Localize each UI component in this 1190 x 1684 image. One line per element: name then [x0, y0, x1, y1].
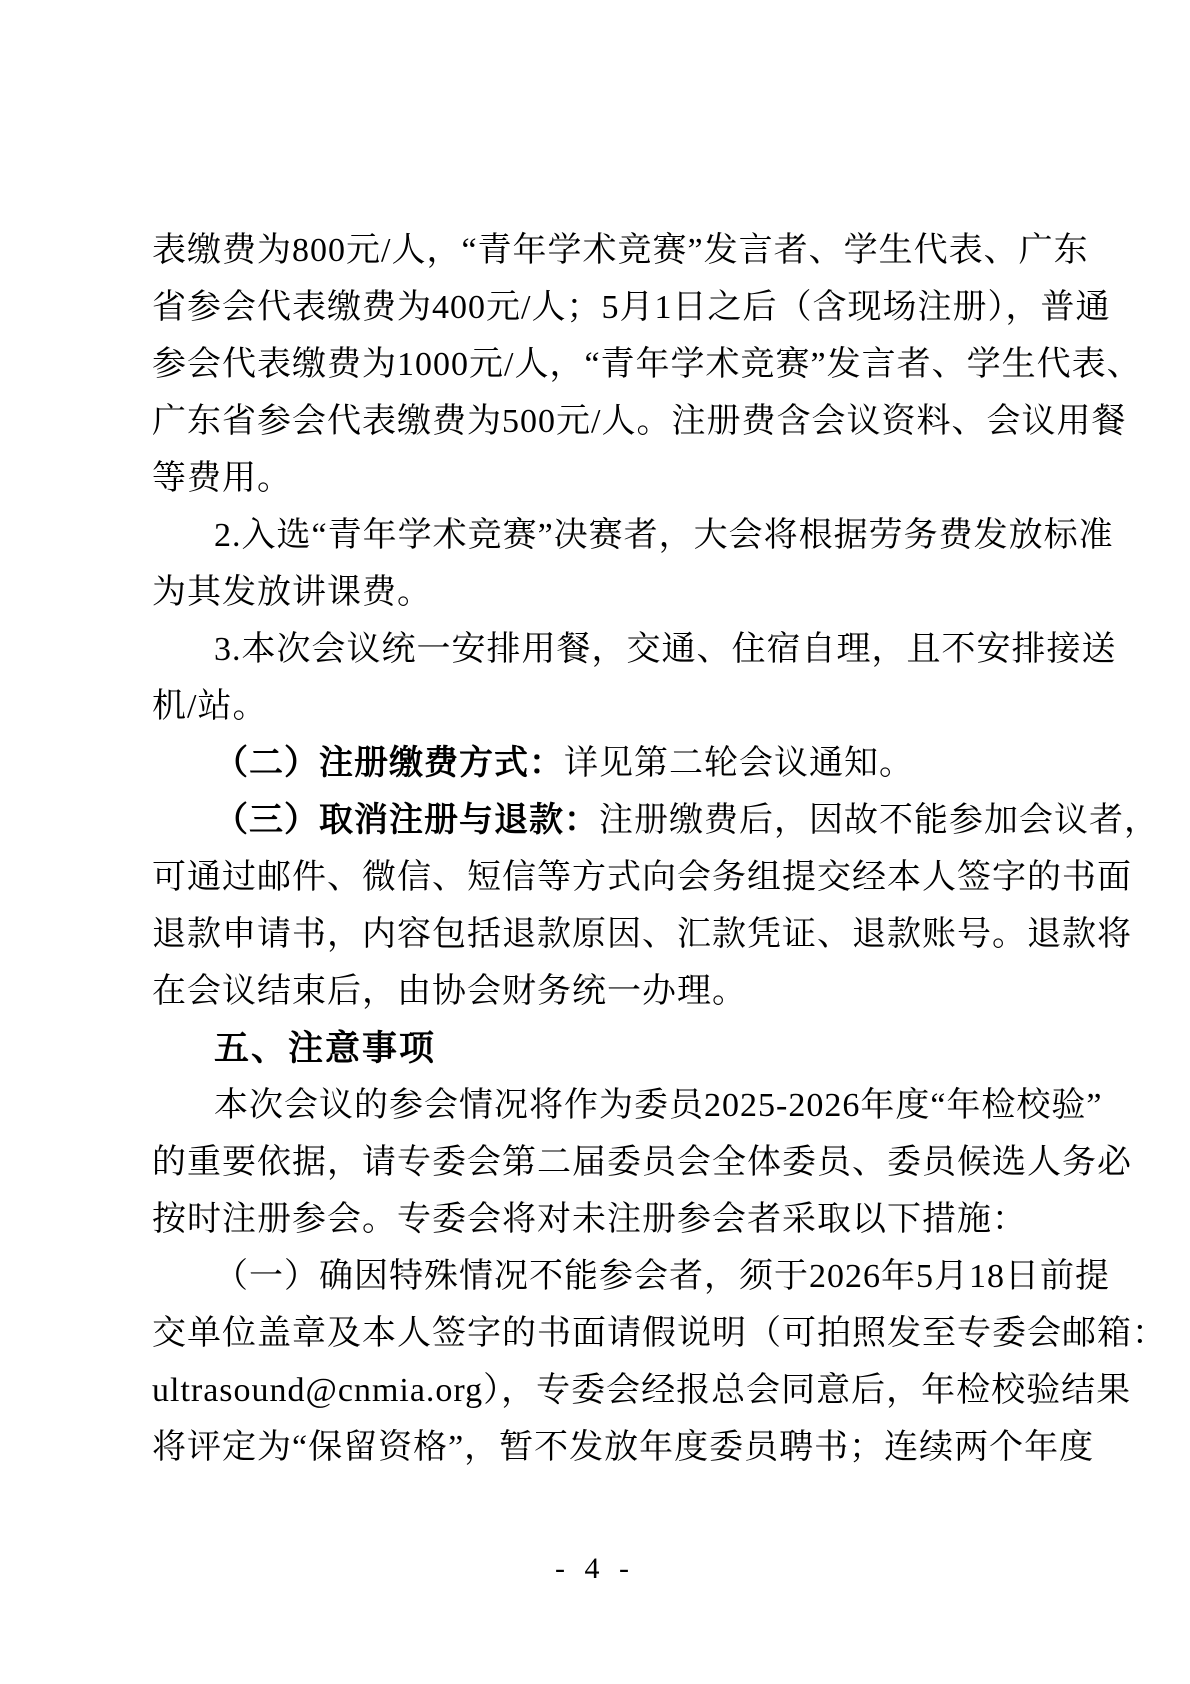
subheading-run: （三）取消注册与退款：: [214, 802, 599, 839]
text-line: 3.本次会议统一安排用餐，交通、住宿自理，且不安排接送: [152, 621, 1044, 678]
text-line: （三）取消注册与退款：注册缴费后，因故不能参加会议者，: [152, 792, 1044, 849]
text-run: 在会议结束后，由协会财务统一办理。: [152, 973, 747, 1010]
text-run: 3.本次会议统一安排用餐，交通、住宿自理，且不安排接送: [214, 631, 1117, 668]
text-line: 省参会代表缴费为400元/人；5月1日之后（含现场注册），普通: [152, 279, 1044, 336]
text-run: 参会代表缴费为1000元/人，“青年学术竞赛”发言者、学生代表、: [152, 346, 1142, 383]
text-run: 广东省参会代表缴费为500元/人。注册费含会议资料、会议用餐: [152, 403, 1126, 440]
text-line: （一）确因特殊情况不能参会者，须于2026年5月18日前提: [152, 1248, 1044, 1305]
text-run: 退款申请书，内容包括退款原因、汇款凭证、退款账号。退款将: [152, 916, 1132, 953]
text-run: 为其发放讲课费。: [152, 574, 432, 611]
text-run: 机/站。: [152, 688, 267, 725]
document-body: 表缴费为800元/人，“青年学术竞赛”发言者、学生代表、广东 省参会代表缴费为4…: [152, 222, 1044, 1476]
text-line: 按时注册参会。专委会将对未注册参会者采取以下措施：: [152, 1191, 1044, 1248]
text-line: 为其发放讲课费。: [152, 564, 1044, 621]
subheading-run: （二）注册缴费方式：: [214, 745, 564, 782]
text-run: 本次会议的参会情况将作为委员2025-2026年度“年检校验”: [214, 1087, 1103, 1124]
text-line: 等费用。: [152, 450, 1044, 507]
text-line: 2.入选“青年学术竞赛”决赛者，大会将根据劳务费发放标准: [152, 507, 1044, 564]
text-line: 参会代表缴费为1000元/人，“青年学术竞赛”发言者、学生代表、: [152, 336, 1044, 393]
text-run: （一）确因特殊情况不能参会者，须于2026年5月18日前提: [214, 1258, 1110, 1295]
text-line: 机/站。: [152, 678, 1044, 735]
text-run: 交单位盖章及本人签字的书面请假说明（可拍照发至专委会邮箱：: [152, 1315, 1167, 1352]
text-run: 2.入选“青年学术竞赛”决赛者，大会将根据劳务费发放标准: [214, 517, 1114, 554]
text-line: 将评定为“保留资格”，暂不发放年度委员聘书；连续两个年度: [152, 1419, 1044, 1476]
text-run: 注册缴费后，因故不能参加会议者，: [599, 802, 1159, 839]
text-run: 等费用。: [152, 460, 292, 497]
text-line: 退款申请书，内容包括退款原因、汇款凭证、退款账号。退款将: [152, 906, 1044, 963]
text-run: 可通过邮件、微信、短信等方式向会务组提交经本人签字的书面: [152, 859, 1132, 896]
text-run: 将评定为“保留资格”，暂不发放年度委员聘书；连续两个年度: [152, 1429, 1094, 1466]
section-heading: 五、注意事项: [152, 1020, 1044, 1077]
text-line: 的重要依据，请专委会第二届委员会全体委员、委员候选人务必: [152, 1134, 1044, 1191]
text-line: 表缴费为800元/人，“青年学术竞赛”发言者、学生代表、广东: [152, 222, 1044, 279]
text-run: 省参会代表缴费为400元/人；5月1日之后（含现场注册），普通: [152, 289, 1110, 326]
text-line: 交单位盖章及本人签字的书面请假说明（可拍照发至专委会邮箱：: [152, 1305, 1044, 1362]
text-run: 按时注册参会。专委会将对未注册参会者采取以下措施：: [152, 1201, 1027, 1238]
text-line: 在会议结束后，由协会财务统一办理。: [152, 963, 1044, 1020]
email-text-run: ultrasound@cnmia.org），专委会经报总会同意后，年检校验结果: [152, 1372, 1131, 1409]
text-line: 本次会议的参会情况将作为委员2025-2026年度“年检校验”: [152, 1077, 1044, 1134]
text-line: （二）注册缴费方式：详见第二轮会议通知。: [152, 735, 1044, 792]
text-line: 广东省参会代表缴费为500元/人。注册费含会议资料、会议用餐: [152, 393, 1044, 450]
page-number: - 4 -: [0, 1552, 1190, 1586]
text-line: ultrasound@cnmia.org），专委会经报总会同意后，年检校验结果: [152, 1362, 1044, 1419]
text-run: 详见第二轮会议通知。: [564, 745, 914, 782]
text-run: 的重要依据，请专委会第二届委员会全体委员、委员候选人务必: [152, 1144, 1132, 1181]
text-run: 表缴费为800元/人，“青年学术竞赛”发言者、学生代表、广东: [152, 232, 1089, 269]
text-line: 可通过邮件、微信、短信等方式向会务组提交经本人签字的书面: [152, 849, 1044, 906]
document-page: 表缴费为800元/人，“青年学术竞赛”发言者、学生代表、广东 省参会代表缴费为4…: [0, 0, 1190, 1684]
section-heading-text: 五、注意事项: [214, 1029, 436, 1068]
